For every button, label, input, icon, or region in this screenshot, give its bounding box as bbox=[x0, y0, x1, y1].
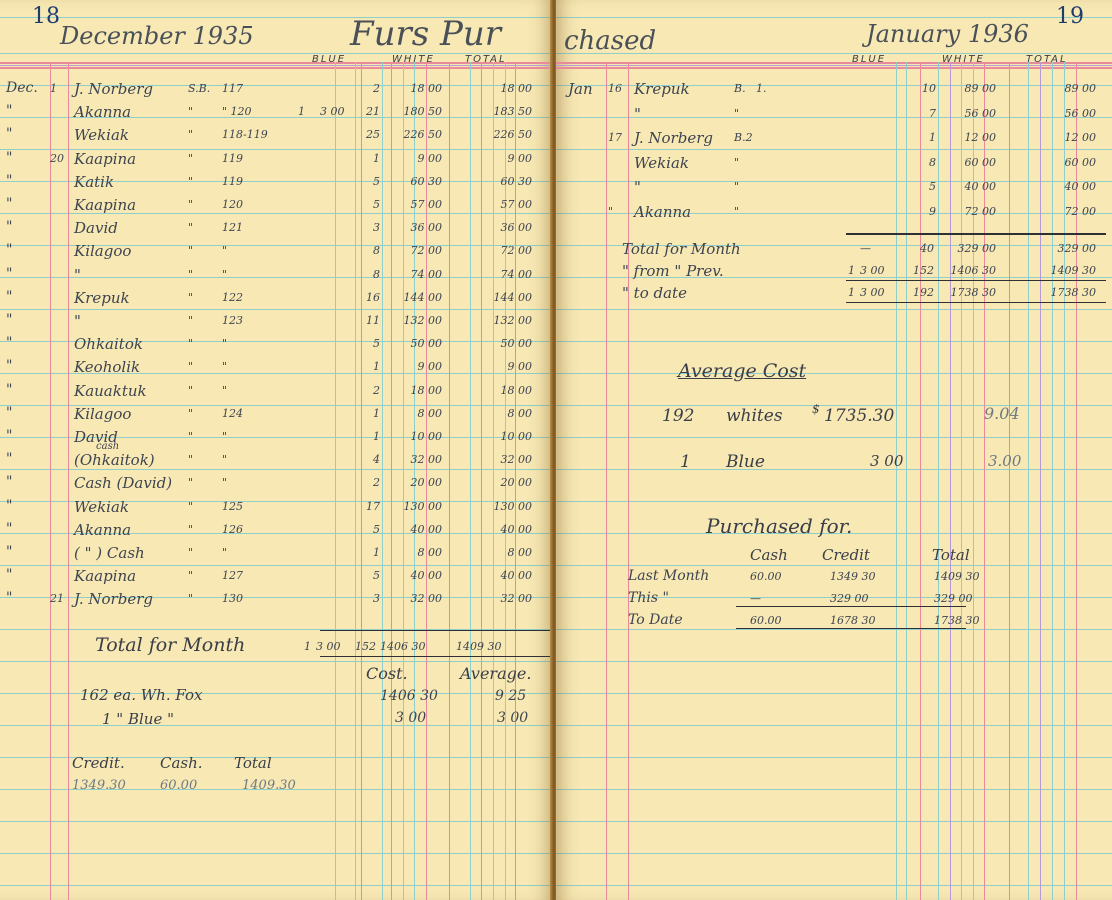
purchased-total: 1409 30 bbox=[934, 570, 980, 583]
entry-ref-a: " bbox=[188, 407, 193, 420]
entry-white-amt: 226 50 bbox=[380, 128, 442, 141]
total-total: 1409 30 bbox=[456, 640, 502, 653]
totals-white-qty: 192 bbox=[906, 286, 934, 299]
entry-month: Dec. bbox=[6, 80, 38, 96]
entry-month: " bbox=[6, 126, 12, 142]
entry-white-qty: 1 bbox=[356, 152, 380, 165]
entry-name: Wekiak bbox=[74, 126, 129, 144]
entry-ref-a: " bbox=[188, 198, 193, 211]
entry-ref-a: " bbox=[734, 180, 739, 193]
entry-white-qty: 5 bbox=[356, 175, 380, 188]
totals-total: 1409 30 bbox=[1026, 264, 1096, 277]
entry-ref-a: " bbox=[188, 152, 193, 165]
fox-blue-cost: 3 00 bbox=[395, 710, 426, 726]
entry-ref-a: " bbox=[188, 268, 193, 281]
entry-ref-a: " bbox=[188, 546, 193, 559]
entry-day: 20 bbox=[50, 152, 64, 165]
entry-white-qty: 1 bbox=[356, 430, 380, 443]
entry-white-amt: 89 00 bbox=[936, 82, 996, 95]
avg-whites-marker: $ bbox=[812, 402, 820, 416]
entry-white-qty: 5 bbox=[912, 180, 936, 193]
entry-name: (Ohkaitok) bbox=[74, 451, 155, 469]
entry-white-amt: 9 00 bbox=[380, 360, 442, 373]
entry-total: 72 00 bbox=[466, 244, 532, 257]
entry-total: 12 00 bbox=[1026, 131, 1096, 144]
totals-white-amt: 1406 30 bbox=[936, 264, 996, 277]
entry-name: ( " ) Cash bbox=[74, 544, 145, 562]
entry-name: Krepuk bbox=[74, 289, 130, 307]
payment-header-total: Total bbox=[234, 754, 272, 772]
entry-month: " bbox=[6, 498, 12, 514]
entry-month: " bbox=[6, 544, 12, 560]
entry-total: 32 00 bbox=[466, 453, 532, 466]
entry-white-amt: 40 00 bbox=[936, 180, 996, 193]
entry-day: 17 bbox=[608, 131, 622, 144]
entry-total: 10 00 bbox=[466, 430, 532, 443]
entry-name: Keoholik bbox=[74, 358, 140, 376]
entry-ref-b: 130 bbox=[222, 592, 243, 605]
entry-total: 132 00 bbox=[466, 314, 532, 327]
entry-total: 74 00 bbox=[466, 268, 532, 281]
entry-total: 20 00 bbox=[466, 476, 532, 489]
purchased-for-title: Purchased for. bbox=[706, 514, 852, 538]
purchased-label: This " bbox=[628, 590, 669, 606]
entry-month: " bbox=[6, 451, 12, 467]
entry-white-qty: 5 bbox=[356, 569, 380, 582]
entry-month: " bbox=[6, 242, 12, 258]
payment-header-credit: Credit. bbox=[72, 754, 125, 772]
entry-name: " bbox=[634, 105, 641, 123]
entry-ref-a: " bbox=[188, 476, 193, 489]
col-header-white: WHITE bbox=[392, 54, 435, 65]
entry-name: Ohkaitok bbox=[74, 335, 143, 353]
entry-ref-b: " 120 bbox=[222, 105, 252, 118]
fox-white-average: 9 25 bbox=[495, 688, 526, 704]
entry-white-qty: 8 bbox=[356, 244, 380, 257]
entry-white-qty: 3 bbox=[356, 592, 380, 605]
fox-blue-label: 1 " Blue " bbox=[102, 710, 174, 728]
totals-blue-qty: 1 bbox=[848, 264, 855, 277]
page-title-part: chased bbox=[564, 26, 656, 56]
entry-ref-a: " bbox=[188, 500, 193, 513]
entry-month: " bbox=[6, 312, 12, 328]
avg-whites-qty: 192 bbox=[662, 406, 694, 426]
entry-ref-b: " bbox=[222, 384, 227, 397]
entry-total: 18 00 bbox=[466, 82, 532, 95]
entry-month: " bbox=[6, 358, 12, 374]
entry-white-qty: 9 bbox=[912, 205, 936, 218]
entry-ref-a: " bbox=[188, 175, 193, 188]
totals-white-amt: 329 00 bbox=[936, 242, 996, 255]
entry-ref-a: " bbox=[188, 569, 193, 582]
entry-white-amt: 50 00 bbox=[380, 337, 442, 350]
entry-total: 8 00 bbox=[466, 546, 532, 559]
entry-month: " bbox=[6, 335, 12, 351]
entry-ref-b: " bbox=[222, 337, 227, 350]
entry-white-qty: 5 bbox=[356, 337, 380, 350]
entry-month: " bbox=[6, 289, 12, 305]
entry-total: 130 00 bbox=[466, 500, 532, 513]
entry-ref-b: 125 bbox=[222, 500, 243, 513]
entry-ref-a: " bbox=[188, 592, 193, 605]
entry-name: Akanna bbox=[74, 103, 131, 121]
entry-total: 8 00 bbox=[466, 407, 532, 420]
entry-ref-b: 118-119 bbox=[222, 128, 268, 141]
totals-total: 1738 30 bbox=[1026, 286, 1096, 299]
entry-ref-a: " bbox=[188, 221, 193, 234]
right-page: 19 chased January 1936 BLUE WHITE TOTAL … bbox=[556, 0, 1112, 900]
entry-month: " bbox=[6, 567, 12, 583]
entry-white-qty: 5 bbox=[356, 198, 380, 211]
entry-white-qty: 1 bbox=[912, 131, 936, 144]
entry-month: " bbox=[6, 521, 12, 537]
totals-white-qty: 40 bbox=[906, 242, 934, 255]
table-row: "Akanna"972 0072 00 bbox=[556, 203, 1112, 235]
entry-white-amt: 57 00 bbox=[380, 198, 442, 211]
entry-ref-b: " bbox=[222, 268, 227, 281]
total-white-qty: 152 bbox=[355, 640, 376, 653]
totals-label: " to date bbox=[622, 284, 687, 302]
entry-white-qty: 5 bbox=[356, 523, 380, 536]
entry-month: " bbox=[6, 590, 12, 606]
entry-ref-a: " bbox=[188, 523, 193, 536]
entry-day: 1 bbox=[50, 82, 57, 95]
avg-whites-label: whites bbox=[726, 406, 783, 426]
ledger-book: 18 December 1935 Furs Pur BLUE WHITE TOT… bbox=[0, 0, 1112, 900]
entry-ref-b: " bbox=[222, 453, 227, 466]
entry-name: Katik bbox=[74, 173, 114, 191]
entry-white-qty: 21 bbox=[356, 105, 380, 118]
entry-white-qty: 1 bbox=[356, 546, 380, 559]
entry-name: Cash (David) bbox=[74, 474, 172, 492]
entry-white-qty: 2 bbox=[356, 82, 380, 95]
entry-ref-b: 120 bbox=[222, 198, 243, 211]
entry-total: 144 00 bbox=[466, 291, 532, 304]
entry-month: " bbox=[6, 103, 12, 119]
entry-ref-a: " bbox=[188, 244, 193, 257]
entry-ref-a: " bbox=[188, 453, 193, 466]
purchased-cash: — bbox=[750, 592, 761, 605]
entry-total: 57 00 bbox=[466, 198, 532, 211]
entry-white-amt: 36 00 bbox=[380, 221, 442, 234]
entry-month: " bbox=[6, 266, 12, 282]
entry-month: " bbox=[6, 219, 12, 235]
payment-cash-value: 60.00 bbox=[160, 778, 197, 793]
entry-month: " bbox=[6, 150, 12, 166]
entry-total: 226 50 bbox=[466, 128, 532, 141]
totals-label: Total for Month bbox=[622, 240, 741, 258]
totals-white-amt: 1738 30 bbox=[936, 286, 996, 299]
average-cost-title: Average Cost bbox=[678, 360, 806, 382]
entry-white-qty: 25 bbox=[356, 128, 380, 141]
left-page: 18 December 1935 Furs Pur BLUE WHITE TOT… bbox=[0, 0, 552, 900]
page-title-part: Furs Pur bbox=[350, 14, 501, 54]
payment-header-cash: Cash. bbox=[160, 754, 203, 772]
purchased-cash: 60.00 bbox=[750, 614, 782, 627]
entry-white-amt: 10 00 bbox=[380, 430, 442, 443]
entry-blue-amt: 3 00 bbox=[320, 105, 345, 118]
table-row: "21J. Norberg"130332 0032 00 bbox=[0, 590, 552, 622]
purchased-header-cash: Cash bbox=[750, 546, 788, 564]
entry-white-amt: 18 00 bbox=[380, 82, 442, 95]
entry-ref-a: " bbox=[188, 384, 193, 397]
entry-ref-a: " bbox=[188, 128, 193, 141]
entry-day: " bbox=[608, 205, 613, 218]
entry-name: Kaapina bbox=[74, 196, 136, 214]
entry-white-qty: 4 bbox=[356, 453, 380, 466]
entry-white-qty: 16 bbox=[356, 291, 380, 304]
entry-white-amt: 180 50 bbox=[380, 105, 442, 118]
entry-ref-a: B. bbox=[734, 82, 746, 95]
entry-white-amt: 40 00 bbox=[380, 569, 442, 582]
entry-blue-qty: 1 bbox=[298, 105, 305, 118]
entry-ref-b: 122 bbox=[222, 291, 243, 304]
purchased-credit: 1678 30 bbox=[830, 614, 876, 627]
entry-month: " bbox=[6, 428, 12, 444]
entry-white-qty: 17 bbox=[356, 500, 380, 513]
entry-name: Kilagoo bbox=[74, 242, 131, 260]
entry-name: Kilagoo bbox=[74, 405, 131, 423]
entry-name: " bbox=[74, 312, 81, 330]
avg-whites-average: 9.04 bbox=[984, 404, 1020, 423]
avg-whites-cost: 1735.30 bbox=[824, 406, 894, 426]
entry-name: " bbox=[74, 266, 81, 284]
total-for-month-label: Total for Month bbox=[95, 634, 245, 656]
entry-white-amt: 72 00 bbox=[936, 205, 996, 218]
page-number: 18 bbox=[32, 4, 60, 29]
entry-white-amt: 20 00 bbox=[380, 476, 442, 489]
avg-blue-average: 3.00 bbox=[988, 452, 1021, 470]
entry-name: Kaapina bbox=[74, 567, 136, 585]
entry-total: 60 00 bbox=[1026, 156, 1096, 169]
entry-total: 50 00 bbox=[466, 337, 532, 350]
entry-ref-b: 126 bbox=[222, 523, 243, 536]
col-header-total: TOTAL bbox=[465, 54, 507, 65]
fox-blue-average: 3 00 bbox=[497, 710, 528, 726]
entry-name: J. Norberg bbox=[634, 129, 713, 147]
entry-total: 36 00 bbox=[466, 221, 532, 234]
entry-day: 16 bbox=[608, 82, 622, 95]
entry-white-amt: 40 00 bbox=[380, 523, 442, 536]
purchased-header-total: Total bbox=[932, 546, 970, 564]
month-heading: December 1935 bbox=[60, 22, 254, 50]
entry-ref-b: 127 bbox=[222, 569, 243, 582]
entry-ref-a: S.B. bbox=[188, 82, 210, 95]
entry-name: Wekiak bbox=[74, 498, 129, 516]
entry-day: 21 bbox=[50, 592, 64, 605]
entry-month: " bbox=[6, 474, 12, 490]
entry-name: " bbox=[634, 178, 641, 196]
cost-header: Cost. bbox=[366, 664, 408, 683]
entry-ref-a: B.2 bbox=[734, 131, 753, 144]
entry-ref-b: 124 bbox=[222, 407, 243, 420]
entry-total: 60 30 bbox=[466, 175, 532, 188]
entry-ref-b: 119 bbox=[222, 175, 243, 188]
col-header-total: TOTAL bbox=[1026, 54, 1068, 65]
totals-white-qty: 152 bbox=[906, 264, 934, 277]
avg-blue-qty: 1 bbox=[680, 452, 691, 472]
purchased-header-credit: Credit bbox=[822, 546, 870, 564]
fox-white-cost: 1406 30 bbox=[380, 688, 438, 704]
entry-white-qty: 10 bbox=[912, 82, 936, 95]
avg-blue-cost: 3 00 bbox=[870, 452, 903, 470]
entry-month: " bbox=[6, 405, 12, 421]
total-blue-amt: 3 00 bbox=[316, 640, 341, 653]
entry-white-qty: 8 bbox=[356, 268, 380, 281]
entry-white-amt: 56 00 bbox=[936, 107, 996, 120]
entry-name: Kaapina bbox=[74, 150, 136, 168]
entry-white-amt: 32 00 bbox=[380, 453, 442, 466]
entry-ref-a: " bbox=[188, 105, 193, 118]
entry-month: " bbox=[6, 382, 12, 398]
entry-total: 40 00 bbox=[466, 569, 532, 582]
entry-white-amt: 8 00 bbox=[380, 407, 442, 420]
entry-white-amt: 8 00 bbox=[380, 546, 442, 559]
entry-total: 183 50 bbox=[466, 105, 532, 118]
entry-white-amt: 18 00 bbox=[380, 384, 442, 397]
entry-white-amt: 60 00 bbox=[936, 156, 996, 169]
payment-total-value: 1409.30 bbox=[242, 778, 296, 793]
entry-white-amt: 60 30 bbox=[380, 175, 442, 188]
entry-ref-b: 117 bbox=[222, 82, 243, 95]
entry-total: 18 00 bbox=[466, 384, 532, 397]
entry-white-qty: 8 bbox=[912, 156, 936, 169]
entry-white-amt: 12 00 bbox=[936, 131, 996, 144]
entry-name: David bbox=[74, 219, 118, 237]
entry-name: Akanna bbox=[74, 521, 131, 539]
entry-ref-a: " bbox=[188, 430, 193, 443]
purchased-cash: 60.00 bbox=[750, 570, 782, 583]
entry-name: Wekiak bbox=[634, 154, 689, 172]
entry-white-amt: 144 00 bbox=[380, 291, 442, 304]
entry-month: Jan bbox=[568, 80, 593, 98]
entry-note: cash bbox=[96, 441, 119, 452]
entry-month: " bbox=[6, 173, 12, 189]
entry-total: 89 00 bbox=[1026, 82, 1096, 95]
entry-ref-a: " bbox=[734, 205, 739, 218]
entry-white-qty: 2 bbox=[356, 384, 380, 397]
entry-total: 9 00 bbox=[466, 152, 532, 165]
totals-blue-amt: 3 00 bbox=[860, 264, 885, 277]
entry-white-qty: 1 bbox=[356, 407, 380, 420]
entry-ref-b: " bbox=[222, 430, 227, 443]
purchased-credit: 1349 30 bbox=[830, 570, 876, 583]
entry-ref-b: " bbox=[222, 476, 227, 489]
page-number: 19 bbox=[1056, 4, 1084, 29]
purchased-label: To Date bbox=[628, 612, 683, 628]
entry-white-amt: 132 00 bbox=[380, 314, 442, 327]
totals-blue-amt: — bbox=[860, 242, 871, 255]
entry-ref-a: " bbox=[734, 156, 739, 169]
entry-total: 56 00 bbox=[1026, 107, 1096, 120]
totals-row: " to date13 001921738 301738 30 bbox=[556, 284, 1112, 316]
month-heading: January 1936 bbox=[866, 20, 1029, 48]
entry-ref-b: 121 bbox=[222, 221, 243, 234]
entry-ref-b: " bbox=[222, 546, 227, 559]
col-header-blue: BLUE bbox=[852, 54, 886, 65]
average-header: Average. bbox=[460, 664, 531, 683]
entry-ref-b: 123 bbox=[222, 314, 243, 327]
avg-blue-label: Blue bbox=[726, 452, 765, 472]
payment-credit-value: 1349.30 bbox=[72, 778, 126, 793]
purchased-total: 1738 30 bbox=[934, 614, 980, 627]
entry-total: 40 00 bbox=[466, 523, 532, 536]
entry-ref-a: " bbox=[188, 291, 193, 304]
entry-ref-a: " bbox=[734, 107, 739, 120]
entry-total: 9 00 bbox=[466, 360, 532, 373]
entry-total: 32 00 bbox=[466, 592, 532, 605]
total-white-amt: 1406 30 bbox=[380, 640, 426, 653]
entry-month: " bbox=[6, 196, 12, 212]
entry-ref-b: " bbox=[222, 360, 227, 373]
entry-white-qty: 3 bbox=[356, 221, 380, 234]
entry-total: 72 00 bbox=[1026, 205, 1096, 218]
entry-white-qty: 2 bbox=[356, 476, 380, 489]
entry-name: Kauaktuk bbox=[74, 382, 147, 400]
entry-total: 40 00 bbox=[1026, 180, 1096, 193]
entry-ref-b: 1. bbox=[756, 82, 767, 95]
entry-ref-a: " bbox=[188, 360, 193, 373]
purchased-total: 329 00 bbox=[934, 592, 973, 605]
entry-ref-b: " bbox=[222, 244, 227, 257]
entry-ref-a: " bbox=[188, 314, 193, 327]
purchased-label: Last Month bbox=[628, 568, 709, 584]
entry-name: Akanna bbox=[634, 203, 691, 221]
col-header-blue: BLUE bbox=[312, 54, 346, 65]
entry-ref-a: " bbox=[188, 337, 193, 350]
totals-label: " from " Prev. bbox=[622, 262, 724, 280]
entry-name: Krepuk bbox=[634, 80, 690, 98]
totals-total: 329 00 bbox=[1026, 242, 1096, 255]
entry-white-amt: 74 00 bbox=[380, 268, 442, 281]
entry-white-qty: 1 bbox=[356, 360, 380, 373]
entry-white-qty: 7 bbox=[912, 107, 936, 120]
entry-white-amt: 72 00 bbox=[380, 244, 442, 257]
totals-blue-amt: 3 00 bbox=[860, 286, 885, 299]
totals-blue-qty: 1 bbox=[848, 286, 855, 299]
entry-white-qty: 11 bbox=[356, 314, 380, 327]
entry-name: J. Norberg bbox=[74, 590, 153, 608]
fox-white-label: 162 ea. Wh. Fox bbox=[80, 686, 202, 704]
entry-white-amt: 32 00 bbox=[380, 592, 442, 605]
col-header-white: WHITE bbox=[942, 54, 985, 65]
entry-white-amt: 130 00 bbox=[380, 500, 442, 513]
purchased-credit: 329 00 bbox=[830, 592, 869, 605]
entry-white-amt: 9 00 bbox=[380, 152, 442, 165]
entry-ref-b: 119 bbox=[222, 152, 243, 165]
entry-name: J. Norberg bbox=[74, 80, 153, 98]
total-blue-qty: 1 bbox=[304, 640, 311, 653]
